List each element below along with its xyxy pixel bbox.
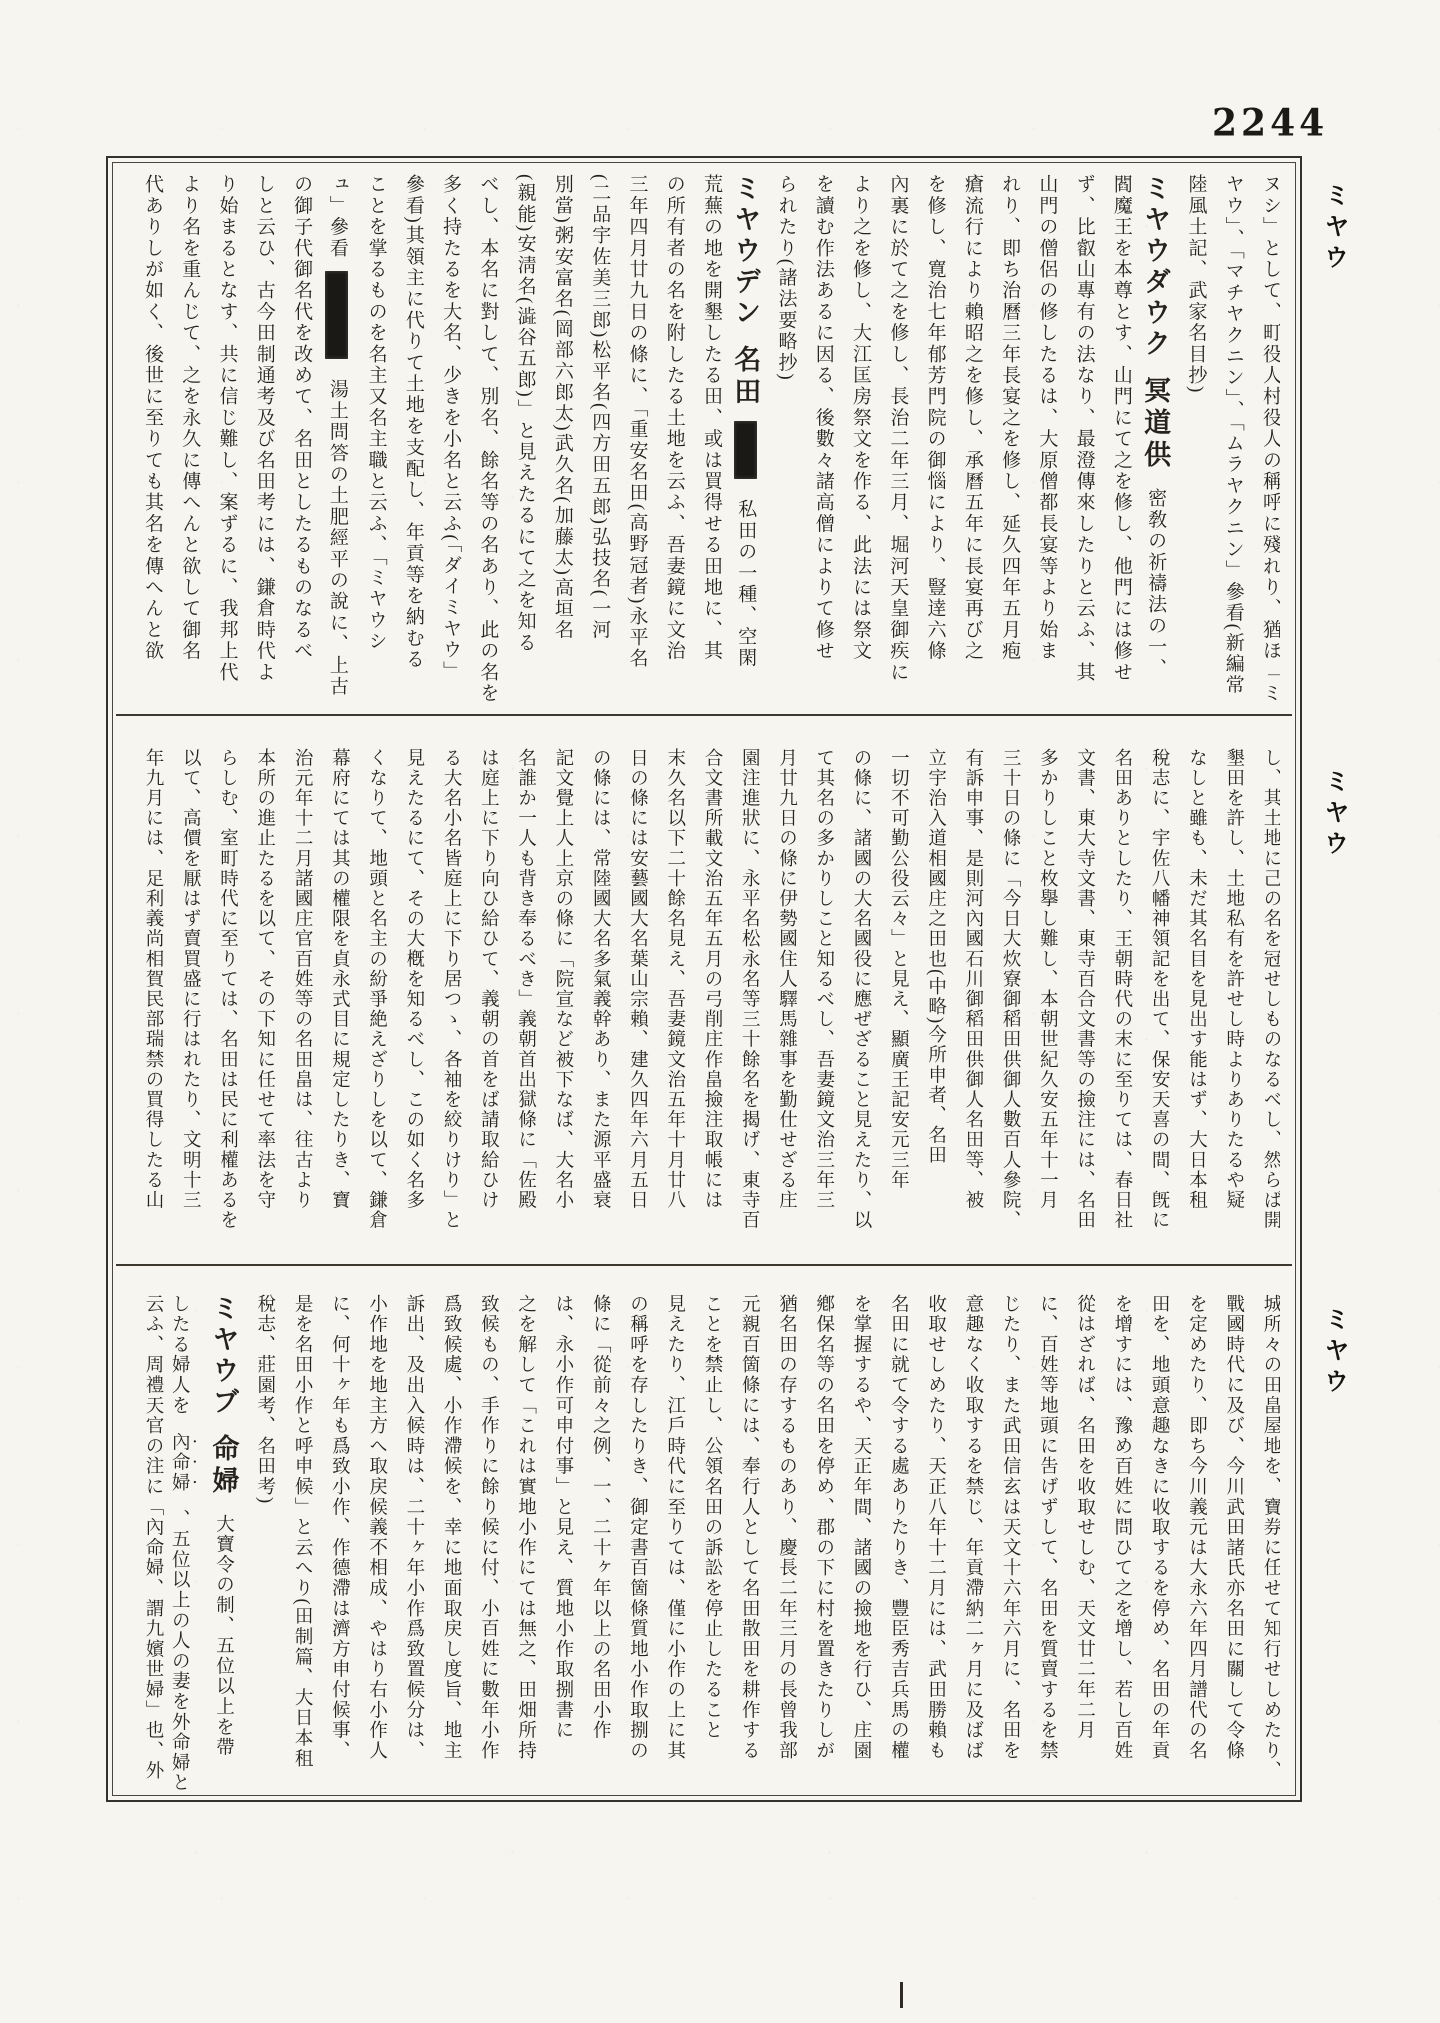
text-frame-border: ヌシ」として、町役人村役人の稱呼に殘れり、猶ほ「ミヤウ」、「マチヤクニン」、「ム…	[106, 156, 1302, 1802]
text-column: ことを禁止し、公領名田の訴訟を停止したること	[687, 1294, 721, 1794]
text-column: ヤウ」、「マチヤクニン」、「ムラヤクニン」參看(新編常	[1209, 174, 1243, 706]
text-column: 名田ありとしたり、王朝時代の末に至りては、春日社	[1097, 748, 1131, 1256]
text-column: れり、即ち治曆三年長宴之を修し、延久四年五月疱	[985, 174, 1019, 706]
text-column: 見えたり、江戶時代に至りては、僅に小作の上に其	[650, 1294, 684, 1794]
text-column: しと云ひ、古今田制通考及び名田考には、鎌倉時代よ	[240, 174, 274, 706]
text-column: べし、本名に對して、別名、餘名等の名あり、此の名を	[463, 174, 497, 706]
text-column: (親能)安淸名(澁谷五郎)」と見えたるにて之を知る	[501, 174, 535, 706]
text-column: 意趣なく收取するを禁じ、年貢滯納二ヶ月に及ばば	[948, 1294, 982, 1794]
text-column: 戰國時代に及び、今川武田諸氏亦名田に關して令條	[1209, 1294, 1243, 1794]
column-text: 湯土問答の土肥經平の說に、上古	[327, 379, 348, 697]
text-column: 陸風土記、武家名目抄)	[1171, 174, 1205, 706]
column-text: 私田の一種、空閑	[735, 499, 756, 669]
headword-text: ミヤウブ	[209, 1294, 239, 1418]
margin-guide-word-middle: ミヤウ	[1315, 768, 1353, 862]
text-column: 年九月には、足利義尚相賀民部瑞禁の買得したる山	[128, 748, 162, 1256]
text-column: 鄕保名等の名田を停め、郡の下に村を置きたりしが	[799, 1294, 833, 1794]
text-column: 本所の進止たるを以て、その下知に任せて率法を守	[240, 748, 274, 1256]
text-column: 猶名田の存するものあり、慶長二年三月の長曾我部	[762, 1294, 796, 1794]
text-column: 文書、東大寺文書、東寺百合文書等の撿注には、名田	[1060, 748, 1094, 1256]
entry-headword-column: ミヤウダウク冥道供密敎の祈禱法の一、	[1134, 174, 1168, 706]
inverted-label-box	[325, 271, 348, 359]
text-column: の御子代御名代を改めて、名田としたるものなるべ	[277, 174, 311, 706]
text-column: 荒蕪の地を開墾したる田、或は買得せる田地に、其	[687, 174, 721, 706]
text-column: (二品宇佐美三郎)松平名(四方田五郎)弘技名(一河	[575, 174, 609, 706]
column-text: 內命婦	[169, 1432, 189, 1493]
text-column: の條には、常陸國大名多氣義幹あり、また源平盛衰	[575, 748, 609, 1256]
text-band-bottom: 城所々の田畠屋地を、寶券に任せて知行せしめたり、戰國時代に及び、今川武田諸氏亦名…	[128, 1294, 1280, 1794]
text-column: 之を解して「これは實地小作にては無之、田畑所持	[501, 1294, 535, 1794]
text-column: は庭上に下り向ひ給ひて、義朝の首をば請取給ひけ	[463, 748, 497, 1256]
headword-text: ミヤウダウク	[1140, 174, 1170, 360]
text-column: て其名の多かりしこと知るべし、吾妻鏡文治三年三	[799, 748, 833, 1256]
text-column: 內裏に於て之を修し、長治二年三月、堀河天皇御疾に	[873, 174, 907, 706]
text-column: に、百姓等地頭に吿げずして、名田を質賣するを禁	[1022, 1294, 1056, 1794]
text-column: 幕府にては其の權限を貞永式目に規定したりき、寶	[314, 748, 348, 1256]
text-column: 記文覺上人上京の條に「院宣など被下なば、大名小	[538, 748, 572, 1256]
text-column: る大名小名皆庭上に下り居つゝ、各袖を絞りけり」と	[426, 748, 460, 1256]
text-column: したる婦人を內命婦、五位以上の人の妻を外命婦と	[165, 1294, 199, 1794]
column-text: 、五位以上の人の妻を外命婦と	[169, 1509, 189, 1793]
text-column: 小作地を地主方へ取戻候義不相成、やはり右小作人	[352, 1294, 386, 1794]
text-column: 日の條には安藝國大名葉山宗賴、建久四年六月五日	[612, 748, 646, 1256]
text-column: 爲致候處、小作滯候を、幸に地面取戻し度旨、地主	[426, 1294, 460, 1794]
text-column: 園注進狀に、永平名松永名等三十餘名を揭げ、東寺百	[724, 748, 758, 1256]
scan-artifact	[900, 1982, 903, 2008]
text-column: 稅志、莊園考、名田考)	[240, 1294, 274, 1794]
headword-text: 冥道供	[1140, 376, 1170, 472]
text-band-middle: し、其土地に己の名を冠せしものなるべし、然らば開墾田を許し、土地私有を許せし時よ…	[128, 748, 1280, 1256]
text-column: 末久名以下二十餘名見え、吾妻鏡文治五年十月廿八	[650, 748, 684, 1256]
text-column: 瘡流行により賴昭之を修し、承曆五年に長宴再び之	[948, 174, 982, 706]
margin-guide-word-bottom: ミヤウ	[1315, 1306, 1353, 1400]
text-column: 參看)其領主に代りて土地を支配し、年貢等を納むる	[389, 174, 423, 706]
text-column: 云ふ、周禮天官の注に「內命婦、謂九嬪世婦」也、外	[128, 1294, 162, 1794]
text-column: 三年四月廿九日の條に、「重安名田(高野冠者)永平名	[612, 174, 646, 706]
text-column: 從はざれば、名田を收取せしむ、天文廿二年二月	[1060, 1294, 1094, 1794]
text-column: 名田に就て令する處ありたりき、豐臣秀吉兵馬の權	[873, 1294, 907, 1794]
text-column: に、何十ヶ年も爲致小作、作德滯は濟方申付候事、	[314, 1294, 348, 1794]
text-column: 多く持たるを大名、少きを小名と云ふ(「ダイミヤウ」	[426, 174, 460, 706]
text-column: 合文書所載文治五年五月の弓削庄作畠撿注取帳には	[687, 748, 721, 1256]
text-column: を掌握するや、天正年間、諸國の撿地を行ひ、庄園	[836, 1294, 870, 1794]
text-column: を讀む作法あるに因る、後數々諸高僧によりて修せ	[799, 174, 833, 706]
text-column: 有訴申事、是則河內國石川御稻田供御人名田等、被	[948, 748, 982, 1256]
text-column: 稅志に、宇佐八幡神領記を出て、保安天喜の間、旣に	[1134, 748, 1168, 1256]
column-text: 密敎の祈禱法の一、	[1145, 488, 1166, 679]
inverted-label-box	[734, 421, 757, 479]
scanned-dictionary-page: 2244 ミヤウ ミヤウ ミヤウ ヌシ」として、町役人村役人の稱呼に殘れり、猶ほ…	[0, 0, 1440, 2023]
text-column: なしと雖も、未だ其名目を見出す能はず、大日本租	[1171, 748, 1205, 1256]
text-column: 城所々の田畠屋地を、寶券に任せて知行せしめたり、	[1246, 1294, 1280, 1794]
text-column: 見えたるにて、その大槪を知るべし、この如く名多	[389, 748, 423, 1256]
text-column: 致候もの、手作りに餘り候に付、小百姓に數年小作	[463, 1294, 497, 1794]
text-column: られたり(諸法要略抄)	[762, 174, 796, 706]
text-column: らしむ、室町時代に至りては、名田は民に利權あるを	[203, 748, 237, 1256]
text-column: じたり、また武田信玄は天文十六年六月に、名田を	[985, 1294, 1019, 1794]
text-column: 墾田を許し、土地私有を許せし時よりありたるや疑	[1209, 748, 1243, 1256]
text-column: し、其土地に己の名を冠せしものなるべし、然らば開	[1246, 748, 1280, 1256]
headword-text: 命婦	[209, 1434, 239, 1498]
text-band-top: ヌシ」として、町役人村役人の稱呼に殘れり、猶ほ「ミヤウ」、「マチヤクニン」、「ム…	[128, 174, 1280, 706]
text-column: は、永小作可申付事」と見え、質地小作取捌書に	[538, 1294, 572, 1794]
page-number: 2244	[1212, 101, 1328, 145]
text-column: 多かりしこと枚擧し難し、本朝世紀久安五年十一月	[1022, 748, 1056, 1256]
headword-text: ミヤウデン	[730, 174, 760, 329]
text-column: 收取せしめたり、天正八年十二月には、武田勝賴も	[911, 1294, 945, 1794]
text-column: ヌシ」として、町役人村役人の稱呼に殘れり、猶ほ「ミ	[1246, 174, 1280, 706]
text-column: 代ありしが如く、後世に至りても其名を傳へんと欲	[128, 174, 162, 706]
text-column: 山門の僧侶の修したるは、大原僧都長宴等より始ま	[1022, 174, 1056, 706]
text-column: くなりて、地頭と名主の紛爭絶えざりしを以て、鎌倉	[352, 748, 386, 1256]
text-column: ュ」參看湯土問答の土肥經平の說に、上古	[314, 174, 348, 706]
headword-text: 名田	[730, 345, 760, 409]
text-column: 條に「從前々之例、一、二十ヶ年以上の名田小作	[575, 1294, 609, 1794]
text-column: を增すには、豫め百姓に問ひて之を增し、若し百姓	[1097, 1294, 1131, 1794]
band-divider-rule	[116, 1264, 1292, 1266]
column-text: したる婦人を	[169, 1294, 189, 1416]
text-column: ず、比叡山專有の法なり、最澄傳來したりと云ふ、其	[1060, 174, 1094, 706]
text-column: 以て、高價を厭はず賣買盛に行はれたり、文明十三	[165, 748, 199, 1256]
band-divider-rule	[116, 714, 1292, 716]
text-column: の條に、諸國の大名國役に應ぜざること見えたり、以	[836, 748, 870, 1256]
text-column: 治元年十二月諸國庄官百姓等の名田畠は、往古より	[277, 748, 311, 1256]
text-column: 月廿九日の條に伊勢國住人驛馬雜事を勤仕せざる庄	[762, 748, 796, 1256]
text-column: を定めたり、即ち今川義元は大永六年四月譜代の名	[1171, 1294, 1205, 1794]
text-column: 名誰か一人も背き奉るべき」義朝首出獄條に「佐殿	[501, 748, 535, 1256]
text-column: 元親百箇條には、奉行人として名田散田を耕作する	[724, 1294, 758, 1794]
text-column: 田を、地頭意趣なきに收取するを停め、名田の年貢	[1134, 1294, 1168, 1794]
text-column: 立宇治入道相國庄之田也(中略)今所申者、名田	[911, 748, 945, 1256]
text-column: ことを掌るものを名主又名主職と云ふ、「ミヤウシ	[352, 174, 386, 706]
text-column: の所有者の名を附したる土地を云ふ、吾妻鏡に文治	[650, 174, 684, 706]
text-column: 三十日の條に「今日大炊寮御稻田供御人數百人參院、	[985, 748, 1019, 1256]
column-text: ュ」參看	[327, 174, 348, 259]
text-column: り始まるとなす、共に信じ難し、案ずるに、我邦上代	[203, 174, 237, 706]
text-column: を修し、寛治七年郁芳門院の御惱により、豎逹六條	[911, 174, 945, 706]
column-text: 大寶令の制、五位以上を帶	[214, 1514, 234, 1758]
text-column: 是を名田小作と呼申候」と云へり(田制篇、大日本租	[277, 1294, 311, 1794]
margin-guide-word-top: ミヤウ	[1315, 182, 1353, 276]
text-column: 閻魔王を本尊とす、山門にて之を修し、他門には修せ	[1097, 174, 1131, 706]
text-column: より之を修し、大江匡房祭文を作る、此法には祭文	[836, 174, 870, 706]
entry-headword-column: ミヤウブ命婦大寶令の制、五位以上を帶	[203, 1294, 237, 1794]
entry-headword-column: ミヤウデン名田私田の一種、空閑	[724, 174, 758, 706]
text-column: 別當)粥安富名(岡部六郎太)武久名(加藤太)高垣名	[538, 174, 572, 706]
text-column: 一切不可勤公役云々」と見え、顯廣王記安元三年	[873, 748, 907, 1256]
text-column: より名を重んじて、之を永久に傳へんと欲して御名	[165, 174, 199, 706]
text-column: の稱呼を存したりき、御定書百箇條質地小作取捌の	[612, 1294, 646, 1794]
text-column: 訴出、及出入候時は、二十ヶ年小作爲致置候分は、	[389, 1294, 423, 1794]
